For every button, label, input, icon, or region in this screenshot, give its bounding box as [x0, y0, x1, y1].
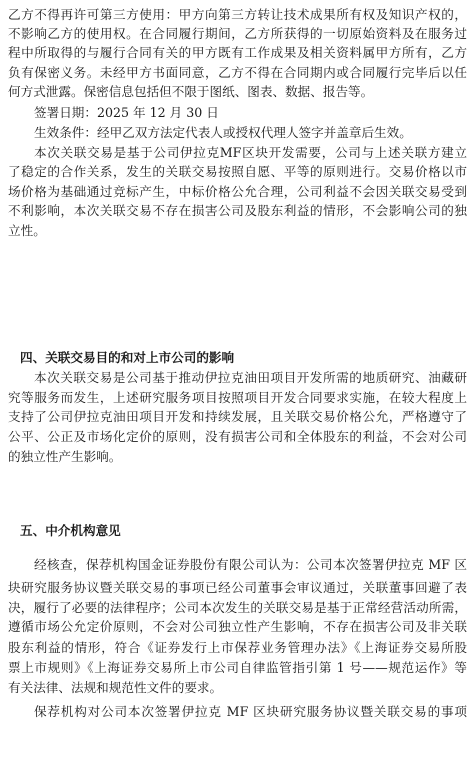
paragraph-line: 程中所取得的与履行合同有关的甲方既有工作成果及相关资料属甲方所有，乙方 — [8, 45, 467, 61]
paragraph-line: 负有保密义务。未经甲方书面同意，乙方不得在合同期内或合同履行完毕后以任 — [8, 65, 467, 81]
signing-date: 签署日期：2025 年 12 月 30 日 — [34, 105, 467, 121]
section-heading-5: 五、中介机构意见 — [20, 523, 121, 539]
paragraph-line: 有关法律、法规和规范性文件的要求。 — [8, 680, 467, 696]
paragraph-line: 股东利益的情形，符合《证券发行上市保荐业务管理办法》《上海证券交易所股 — [8, 640, 467, 656]
paragraph-line: 决，履行了必要的法律程序；公司本次发生的关联交易是基于正常经营活动所需， — [8, 600, 467, 616]
paragraph-line: 遵循市场公允定价原则，不会对公司独立性产生影响，不存在损害公司及非关联 — [8, 619, 467, 635]
paragraph-line: 场价格为基础通过竞标产生，中标价格公允合理，公司利益不会因关联交易受到 — [8, 184, 467, 200]
paragraph-line: 的独立性产生影响。 — [8, 449, 467, 465]
paragraph-line: 本次关联交易是公司基于推动伊拉克油田项目开发所需的地质研究、油藏研 — [34, 370, 467, 386]
paragraph-line: 不利影响，本次关联交易不存在损害公司及股东利益的情形，不会影响公司的独 — [8, 203, 467, 219]
section-heading-4: 四、关联交易目的和对上市公司的影响 — [20, 350, 234, 366]
paragraph-line: 本次关联交易是基于公司伊拉克MF区块开发需要，公司与上述关联方建立 — [34, 145, 467, 161]
paragraph-line: 究等服务而发生，上述研究服务项目按照项目开发合同要求实施，在较大程度上 — [8, 390, 467, 406]
paragraph-line: 不影响乙方的使用权。在合同履行期间，乙方所获得的一切原始资料及在服务过 — [8, 26, 467, 42]
paragraph-line: 乙方不得再许可第三方使用：甲方向第三方转让技术成果所有权及知识产权的， — [8, 7, 467, 23]
paragraph-line: 立性。 — [8, 223, 467, 239]
paragraph-line: 保荐机构对公司本次签署伊拉克 MF 区块研究服务协议暨关联交易的事项 — [34, 704, 467, 720]
paragraph-line: 支持了公司伊拉克油田项目开发和持续发展，且关联交易价格公允，严格遵守了 — [8, 409, 467, 425]
paragraph-line: 票上市规则》《上海证券交易所上市公司自律监管指引第 1 号——规范运作》等 — [8, 660, 467, 676]
paragraph-line: 块研究服务协议暨关联交易的事项已经公司董事会审议通过，关联董事回避了表 — [8, 580, 467, 596]
paragraph-line: 经核查，保荐机构国金证券股份有限公司认为：公司本次签署伊拉克 MF 区 — [34, 557, 467, 573]
paragraph-line: 了稳定的合作关系，发生的关联交易按照自愿、平等的原则进行。交易价格以市 — [8, 164, 467, 180]
effective-condition: 生效条件：经甲乙双方法定代表人或授权代理人签字并盖章后生效。 — [34, 125, 467, 141]
paragraph-line: 公平、公正及市场化定价的原则，没有损害公司和全体股东的利益，不会对公司 — [8, 429, 467, 445]
paragraph-line: 何方式泄露。保密信息包括但不限于图纸、图表、数据、报告等。 — [8, 84, 467, 100]
